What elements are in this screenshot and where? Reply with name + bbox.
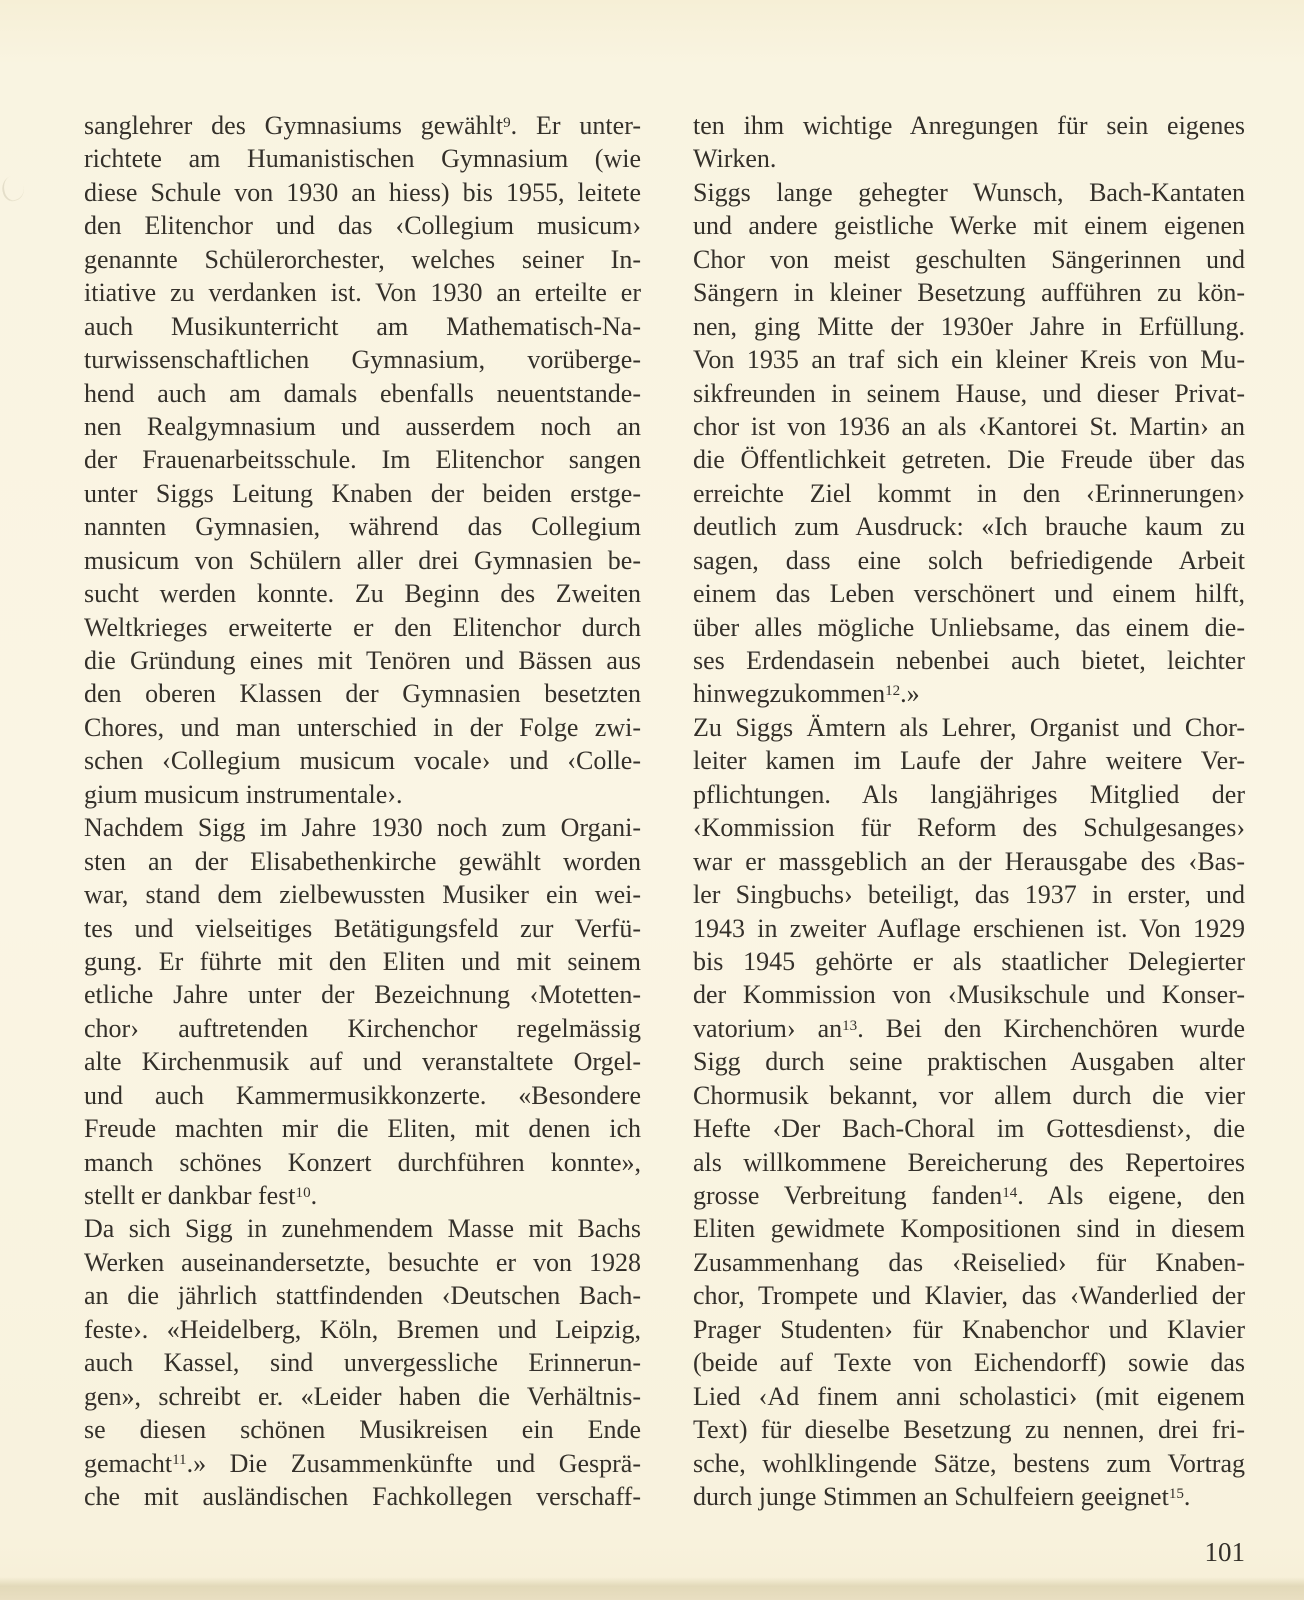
text-line: Zu Siggs Ämtern als Lehrer, Organist und…: [693, 711, 1245, 744]
text-line: hend auch am damals ebenfalls neuentstan…: [84, 377, 641, 410]
text-line: nen, ging Mitte der 1930er Jahre in Erfü…: [693, 310, 1245, 343]
text-line: hinwegzukommen12.»: [693, 677, 1245, 710]
text-line: nannten Gymnasien, während das Collegium: [84, 510, 641, 543]
text-line: Wirken.: [693, 142, 1245, 175]
text-line: Chores, und man unterschied in der Folge…: [84, 711, 641, 744]
text-line: der Frauenarbeitsschule. Im Elitenchor s…: [84, 443, 641, 476]
text-line: chor ist von 1936 an als ‹Kantorei St. M…: [693, 410, 1245, 443]
text-line: tes und vielseitiges Betätigungsfeld zur…: [84, 912, 641, 945]
text-line: chor› auftretenden Kirchenchor regelmäss…: [84, 1012, 641, 1045]
page-number: 101: [1140, 1537, 1245, 1568]
text-line: sagen, dass eine solch befriedigende Arb…: [693, 544, 1245, 577]
text-line: Chormusik bekannt, vor allem durch die v…: [693, 1079, 1245, 1112]
text-line: 1943 in zweiter Auflage erschienen ist. …: [693, 912, 1245, 945]
text-line: auch Kassel, sind unvergessliche Erinner…: [84, 1346, 641, 1379]
text-line: musicum von Schülern aller drei Gymnasie…: [84, 544, 641, 577]
text-line: unter Siggs Leitung Knaben der beiden er…: [84, 477, 641, 510]
text-line: feste›. «Heidelberg, Köln, Bremen und Le…: [84, 1313, 641, 1346]
text-line: pflichtungen. Als langjähriges Mitglied …: [693, 778, 1245, 811]
text-line: itiative zu verdanken ist. Von 1930 an e…: [84, 276, 641, 309]
text-line: se diesen schönen Musikreisen ein Ende: [84, 1413, 641, 1446]
text-line: sikfreunden in seinem Hause, und dieser …: [693, 377, 1245, 410]
text-line: chor, Trompete und Klavier, das ‹Wanderl…: [693, 1279, 1245, 1312]
paragraph: Da sich Sigg in zunehmendem Masse mit Ba…: [84, 1212, 641, 1513]
text-line: der Kommission von ‹Musikschule und Kons…: [693, 978, 1245, 1011]
text-line: etliche Jahre unter der Bezeichnung ‹Mot…: [84, 978, 641, 1011]
text-line: vatorium› an13. Bei den Kirchenchören wu…: [693, 1012, 1245, 1045]
text-line: ten ihm wichtige Anregungen für sein eig…: [693, 109, 1245, 142]
text-line: die Gründung eines mit Tenören und Bässe…: [84, 644, 641, 677]
text-line: war er massgeblich an der Herausgabe des…: [693, 845, 1245, 878]
paragraph: Siggs lange gehegter Wunsch, Bach-Kantat…: [693, 176, 1245, 711]
right-column: ten ihm wichtige Anregungen für sein eig…: [693, 109, 1245, 1513]
text-line: sche, wohlklingende Sätze, bestens zum V…: [693, 1447, 1245, 1480]
text-line: sucht werden konnte. Zu Beginn des Zweit…: [84, 577, 641, 610]
text-line: Lied ‹Ad finem anni scholastici› (mit ei…: [693, 1380, 1245, 1413]
text-line: Text) für dieselbe Besetzung zu nennen, …: [693, 1413, 1245, 1446]
text-line: grosse Verbreitung fanden14. Als eigene,…: [693, 1179, 1245, 1212]
text-line: alte Kirchenmusik auf und veranstaltete …: [84, 1045, 641, 1078]
text-line: über alles mögliche Unliebsame, das eine…: [693, 611, 1245, 644]
text-line: Weltkrieges erweiterte er den Elitenchor…: [84, 611, 641, 644]
text-line: (beide auf Texte von Eichendorff) sowie …: [693, 1346, 1245, 1379]
text-line: Eliten gewidmete Kompositionen sind in d…: [693, 1212, 1245, 1245]
text-line: die Öffentlichkeit getreten. Die Freude …: [693, 443, 1245, 476]
text-line: Da sich Sigg in zunehmendem Masse mit Ba…: [84, 1212, 641, 1245]
text-line: Hefte ‹Der Bach-Choral im Gottesdienst›,…: [693, 1112, 1245, 1145]
text-line: diese Schule von 1930 an hiess) bis 1955…: [84, 176, 641, 209]
text-line: deutlich zum Ausdruck: «Ich brauche kaum…: [693, 510, 1245, 543]
text-line: den Elitenchor und das ‹Collegium musicu…: [84, 209, 641, 242]
paragraph: ten ihm wichtige Anregungen für sein eig…: [693, 109, 1245, 176]
text-line: einem das Leben verschönert und einem hi…: [693, 577, 1245, 610]
text-line: Werken auseinandersetzte, besuchte er vo…: [84, 1246, 641, 1279]
text-line: Zusammenhang das ‹Reiselied› für Knaben-: [693, 1246, 1245, 1279]
text-line: erreichte Ziel kommt in den ‹Erinnerunge…: [693, 477, 1245, 510]
text-line: ses Erdendasein nebenbei auch bietet, le…: [693, 644, 1245, 677]
text-line: Sigg durch seine praktischen Ausgaben al…: [693, 1045, 1245, 1078]
text-line: nen Realgymnasium und ausserdem noch an: [84, 410, 641, 443]
scan-bottom-edge: [0, 1577, 1304, 1600]
text-line: gung. Er führte mit den Eliten und mit s…: [84, 945, 641, 978]
left-column: sanglehrer des Gymnasiums gewählt9. Er u…: [84, 109, 641, 1513]
text-line: gen», schreibt er. «Leider haben die Ver…: [84, 1380, 641, 1413]
text-line: und auch Kammermusikkonzerte. «Besondere: [84, 1079, 641, 1112]
text-line: Freude machten mir die Eliten, mit denen…: [84, 1112, 641, 1145]
paragraph: Zu Siggs Ämtern als Lehrer, Organist und…: [693, 711, 1245, 1514]
text-line: schen ‹Collegium musicum vocale› und ‹Co…: [84, 744, 641, 777]
text-line: genannte Schülerorchester, welches seine…: [84, 243, 641, 276]
text-line: che mit ausländischen Fachkollegen versc…: [84, 1480, 641, 1513]
text-line: sten an der Elisabethenkirche gewählt wo…: [84, 845, 641, 878]
scan-artifact: [0, 173, 27, 204]
text-line: Sängern in kleiner Besetzung aufführen z…: [693, 276, 1245, 309]
text-line: sanglehrer des Gymnasiums gewählt9. Er u…: [84, 109, 641, 142]
text-line: als willkommene Bereicherung des Reperto…: [693, 1146, 1245, 1179]
text-line: durch junge Stimmen an Schulfeiern geeig…: [693, 1480, 1245, 1513]
text-line: Siggs lange gehegter Wunsch, Bach-Kantat…: [693, 176, 1245, 209]
text-line: turwissenschaftlichen Gymnasium, vorüber…: [84, 343, 641, 376]
text-line: Chor von meist geschulten Sängerinnen un…: [693, 243, 1245, 276]
text-line: auch Musikunterricht am Mathematisch-Na-: [84, 310, 641, 343]
text-line: leiter kamen im Laufe der Jahre weitere …: [693, 744, 1245, 777]
paragraph: sanglehrer des Gymnasiums gewählt9. Er u…: [84, 109, 641, 811]
text-line: Nachdem Sigg im Jahre 1930 noch zum Orga…: [84, 811, 641, 844]
text-line: gium musicum instrumentale›.: [84, 778, 641, 811]
text-line: richtete am Humanistischen Gymnasium (wi…: [84, 142, 641, 175]
book-page: sanglehrer des Gymnasiums gewählt9. Er u…: [0, 0, 1304, 1600]
text-line: manch schönes Konzert durchführen konnte…: [84, 1146, 641, 1179]
text-line: ler Singbuchs› beteiligt, das 1937 in er…: [693, 878, 1245, 911]
text-line: an die jährlich stattfindenden ‹Deutsche…: [84, 1279, 641, 1312]
text-line: ‹Kommission für Reform des Schulgesanges…: [693, 811, 1245, 844]
text-line: bis 1945 gehörte er als staatlicher Dele…: [693, 945, 1245, 978]
text-line: und andere geistliche Werke mit einem ei…: [693, 209, 1245, 242]
text-line: stellt er dankbar fest10.: [84, 1179, 641, 1212]
text-line: Von 1935 an traf sich ein kleiner Kreis …: [693, 343, 1245, 376]
paragraph: Nachdem Sigg im Jahre 1930 noch zum Orga…: [84, 811, 641, 1212]
text-line: gemacht11.» Die Zusammenkünfte und Gespr…: [84, 1447, 641, 1480]
text-line: den oberen Klassen der Gymnasien besetzt…: [84, 677, 641, 710]
text-line: Prager Studenten› für Knabenchor und Kla…: [693, 1313, 1245, 1346]
text-line: war, stand dem zielbewussten Musiker ein…: [84, 878, 641, 911]
